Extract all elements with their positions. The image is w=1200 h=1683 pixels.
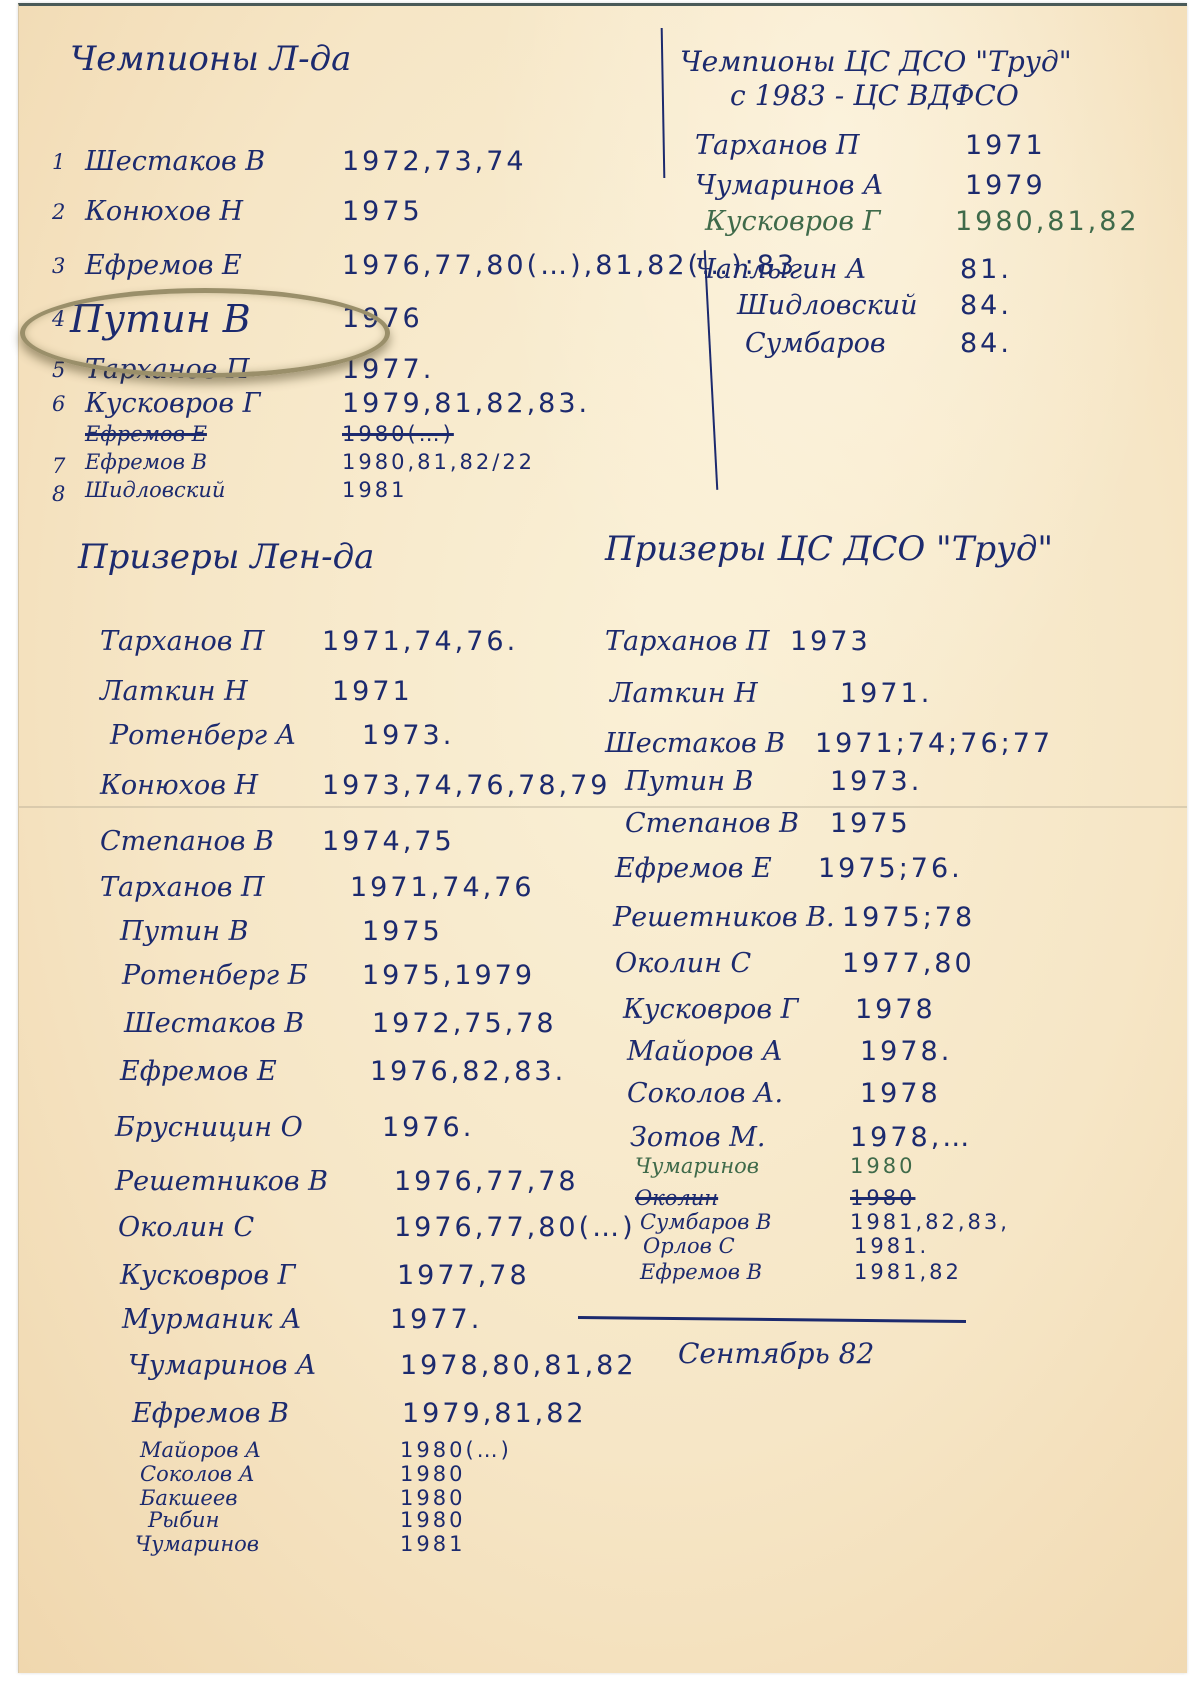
- row-years: 1978: [855, 996, 936, 1023]
- row-years: 1973.: [830, 768, 922, 795]
- row-name: Ефремов В: [132, 1400, 289, 1427]
- row-name: Шидловский: [85, 480, 225, 501]
- row-years: 1980: [400, 1464, 465, 1485]
- champions-dso-subtitle: с 1983 - ЦС ВДФСО: [730, 82, 1019, 110]
- row-years: 1978.: [860, 1038, 952, 1065]
- row-name: Ефремов В: [640, 1262, 762, 1283]
- row-years: 1978,…: [850, 1124, 972, 1151]
- row-name: Кусковров Г: [705, 208, 881, 235]
- row-years: 1975: [342, 198, 423, 225]
- row-name: Чумаринов: [135, 1534, 259, 1555]
- row-name: Ефремов Е: [85, 424, 207, 445]
- row-name: Сумбаров В: [640, 1212, 771, 1233]
- row-name: Тарханов П: [695, 132, 860, 159]
- row-years: 1975: [830, 810, 911, 837]
- row-name: Латкин Н: [610, 680, 758, 707]
- row-years: 1973.: [362, 722, 454, 749]
- row-name: Путин В: [120, 918, 248, 945]
- row-name: Шестаков В: [605, 730, 785, 757]
- row-name: Степанов В: [625, 810, 799, 837]
- row-years: 1977.: [390, 1306, 482, 1333]
- champions-dso-title: Чемпионы ЦС ДСО "Труд": [680, 48, 1072, 76]
- row-number: 2: [52, 202, 65, 223]
- row-years: 1974,75: [322, 828, 455, 855]
- row-name: Околин С: [615, 950, 751, 977]
- row-name: Шестаков В: [124, 1010, 304, 1037]
- row-name: Путин В: [625, 768, 753, 795]
- row-years: 1978: [860, 1080, 941, 1107]
- row-name: Решетников В.: [613, 904, 835, 931]
- row-years: 84.: [960, 330, 1012, 357]
- row-years: 1980: [400, 1510, 465, 1531]
- row-name: Кусковров Г: [85, 390, 261, 417]
- row-name: Зотов М.: [630, 1124, 765, 1151]
- row-number: 6: [52, 394, 65, 415]
- row-years: 84.: [960, 292, 1012, 319]
- row-name: Ефремов Е: [85, 252, 242, 279]
- row-years: 1971: [332, 678, 413, 705]
- row-name: Степанов В: [100, 828, 274, 855]
- row-years: 1979,81,82: [402, 1400, 587, 1427]
- row-years: 1980: [400, 1488, 465, 1509]
- row-name: Чумаринов: [635, 1156, 759, 1177]
- row-years: 1971,74,76.: [322, 628, 518, 655]
- row-years: 1975;78: [842, 904, 975, 931]
- row-name: Шидловский: [737, 292, 918, 319]
- row-number: 7: [52, 456, 65, 477]
- row-name: Латкин Н: [100, 678, 248, 705]
- row-name: Чаплыгин А: [695, 256, 866, 283]
- champions-city-title: Чемпионы Л-да: [70, 42, 351, 76]
- row-name: Брусницин О: [115, 1114, 303, 1141]
- row-years: 1973: [790, 628, 871, 655]
- row-years: 1971;74;76;77: [815, 730, 1053, 757]
- prizewinners-dso-title: Призеры ЦС ДСО "Труд": [605, 532, 1053, 566]
- row-years: 1980: [850, 1156, 915, 1177]
- row-name: Ротенберг А: [110, 722, 296, 749]
- row-name: Чумаринов А: [695, 172, 883, 199]
- row-number: 5: [52, 360, 65, 381]
- row-number: 8: [52, 484, 65, 505]
- row-name: Околин: [635, 1188, 718, 1209]
- row-years: 1981,82: [854, 1262, 962, 1283]
- row-name: Тарханов П: [100, 874, 265, 901]
- row-years: 1977,78: [397, 1262, 530, 1289]
- row-name: Майоров А: [627, 1038, 783, 1065]
- row-years: 1976,77,80(…): [394, 1214, 636, 1241]
- row-years: 1980: [850, 1188, 915, 1209]
- row-name: Околин С: [118, 1214, 254, 1241]
- row-years: 1976.: [382, 1114, 474, 1141]
- row-number: 3: [52, 256, 65, 277]
- row-years: 1980,81,82/22: [342, 452, 535, 473]
- row-years: 1976,77,78: [394, 1168, 579, 1195]
- row-years: 1981.: [854, 1236, 929, 1257]
- highlight-oval: [20, 288, 390, 378]
- row-years: 1978,80,81,82: [400, 1352, 637, 1379]
- row-name: Конюхов Н: [100, 772, 258, 799]
- row-name: Сумбаров: [745, 330, 886, 357]
- row-name: Ротенберг Б: [122, 962, 308, 989]
- row-years: 1980,81,82: [955, 208, 1140, 235]
- row-years: 1981,82,83,: [850, 1212, 1010, 1233]
- row-years: 1971,74,76: [350, 874, 535, 901]
- row-name: Ефремов Е: [615, 855, 772, 882]
- row-years: 1971.: [840, 680, 932, 707]
- row-years: 1979: [965, 172, 1046, 199]
- row-years: 1975,1979: [362, 962, 535, 989]
- row-years: 1972,73,74: [342, 148, 527, 175]
- row-name: Орлов С: [643, 1236, 735, 1257]
- row-name: Шестаков В: [85, 148, 265, 175]
- prizewinners-city-title: Призеры Лен-да: [78, 540, 374, 574]
- row-name: Конюхов Н: [85, 198, 243, 225]
- row-name: Майоров А: [140, 1440, 261, 1461]
- row-years: 1975;76.: [818, 855, 963, 882]
- row-name: Ефремов Е: [120, 1058, 277, 1085]
- row-years: 1976,82,83.: [370, 1058, 566, 1085]
- row-name: Бакшеев: [140, 1488, 237, 1509]
- footer-date: Сентябрь 82: [678, 1340, 874, 1368]
- row-years: 1972,75,78: [372, 1010, 557, 1037]
- row-name: Соколов А.: [627, 1080, 783, 1107]
- row-name: Кусковров Г: [120, 1262, 296, 1289]
- row-name: Решетников В: [115, 1168, 328, 1195]
- row-name: Мурманик А: [122, 1306, 301, 1333]
- row-years: 1981: [400, 1534, 465, 1555]
- row-name: Тарханов П: [605, 628, 770, 655]
- row-years: 81.: [960, 256, 1012, 283]
- row-years: 1973,74,76,78,79: [322, 772, 610, 799]
- row-years: 1977,80: [842, 950, 975, 977]
- row-name: Ефремов В: [85, 452, 207, 473]
- row-years: 1980(…): [342, 424, 454, 445]
- row-years: 1975: [362, 918, 443, 945]
- row-name: Чумаринов А: [128, 1352, 316, 1379]
- row-years: 1980(…): [400, 1440, 512, 1461]
- row-number: 1: [52, 152, 65, 173]
- row-years: 1981: [342, 480, 407, 501]
- paper-fold: [19, 806, 1187, 808]
- row-name: Рыбин: [148, 1510, 219, 1531]
- row-name: Тарханов П: [100, 628, 265, 655]
- row-name: Соколов А: [140, 1464, 255, 1485]
- row-years: 1977.: [342, 356, 434, 383]
- row-years: 1971: [965, 132, 1046, 159]
- row-name: Кусковров Г: [623, 996, 799, 1023]
- row-years: 1979,81,82,83.: [342, 390, 590, 417]
